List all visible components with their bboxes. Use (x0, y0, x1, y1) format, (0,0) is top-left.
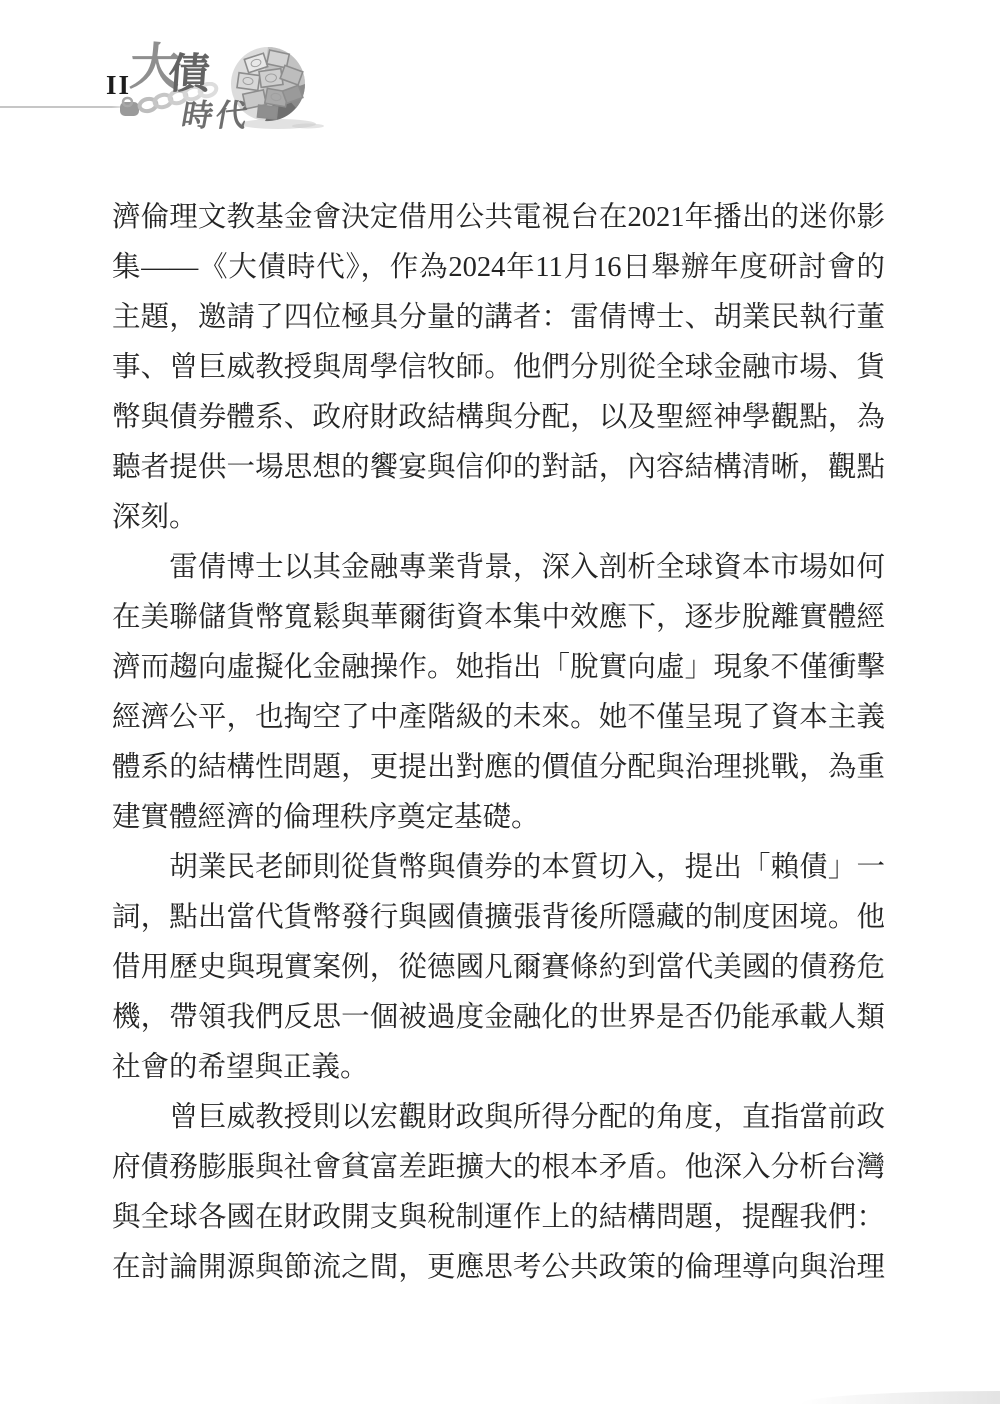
text-line: 事、曾巨威教授與周學信牧師。他們分別從全球金融市場、貨 (112, 343, 885, 393)
text-line: 社會的希望與正義。 (112, 1043, 885, 1093)
text-line: 濟倫理文教基金會決定借用公共電視台在2021年播出的迷你影 (112, 193, 885, 243)
text-line: 幣與債券體系、政府財政結構與分配，以及聖經神學觀點，為 (112, 393, 885, 443)
text-line: 曾巨威教授則以宏觀財政與所得分配的角度，直指當前政 (112, 1093, 885, 1143)
body-text: 濟倫理文教基金會決定借用公共電視台在2021年播出的迷你影集——《大債時代》，作… (112, 193, 885, 1293)
text-line: 聽者提供一場思想的饗宴與信仰的對話，內容結構清晰，觀點 (112, 443, 885, 493)
text-line: 胡業民老師則從貨幣與債券的本質切入，提出「賴債」一 (112, 843, 885, 893)
book-logo: 大 債 時代 (122, 38, 312, 138)
text-line: 與全球各國在財政開支與稅制運作上的結構問題，提醒我們： (112, 1193, 885, 1243)
page-curl-shadow (800, 1391, 1000, 1404)
text-line: 主題，邀請了四位極具分量的講者：雷倩博士、胡業民執行董 (112, 293, 885, 343)
text-line: 集——《大債時代》，作為2024年11月16日舉辦年度研討會的 (112, 243, 885, 293)
text-line: 經濟公平，也掏空了中產階級的未來。她不僅呈現了資本主義 (112, 693, 885, 743)
text-line: 府債務膨脹與社會貧富差距擴大的根本矛盾。他深入分析台灣 (112, 1143, 885, 1193)
text-line: 濟而趨向虛擬化金融操作。她指出「脫實向虛」現象不僅衝擊 (112, 643, 885, 693)
text-line: 體系的結構性問題，更提出對應的價值分配與治理挑戰，為重 (112, 743, 885, 793)
book-page: II (0, 0, 1000, 1404)
text-line: 建實體經濟的倫理秩序奠定基礎。 (112, 793, 885, 843)
text-line: 在美聯儲貨幣寬鬆與華爾街資本集中效應下，逐步脫離實體經 (112, 593, 885, 643)
text-line: 機，帶領我們反思一個被過度金融化的世界是否仍能承載人類 (112, 993, 885, 1043)
text-line: 在討論開源與節流之間，更應思考公共政策的倫理導向與治理 (112, 1243, 885, 1293)
text-line: 雷倩博士以其金融專業背景，深入剖析全球資本市場如何 (112, 543, 885, 593)
text-line: 借用歷史與現實案例，從德國凡爾賽條約到當代美國的債務危 (112, 943, 885, 993)
text-line: 深刻。 (112, 493, 885, 543)
text-line: 詞，點出當代貨幣發行與國債擴張背後所隱藏的制度困境。他 (112, 893, 885, 943)
logo-subtitle: 時代 (179, 100, 252, 131)
logo-char-zhai: 債 (167, 54, 212, 96)
header-rule (0, 106, 131, 108)
